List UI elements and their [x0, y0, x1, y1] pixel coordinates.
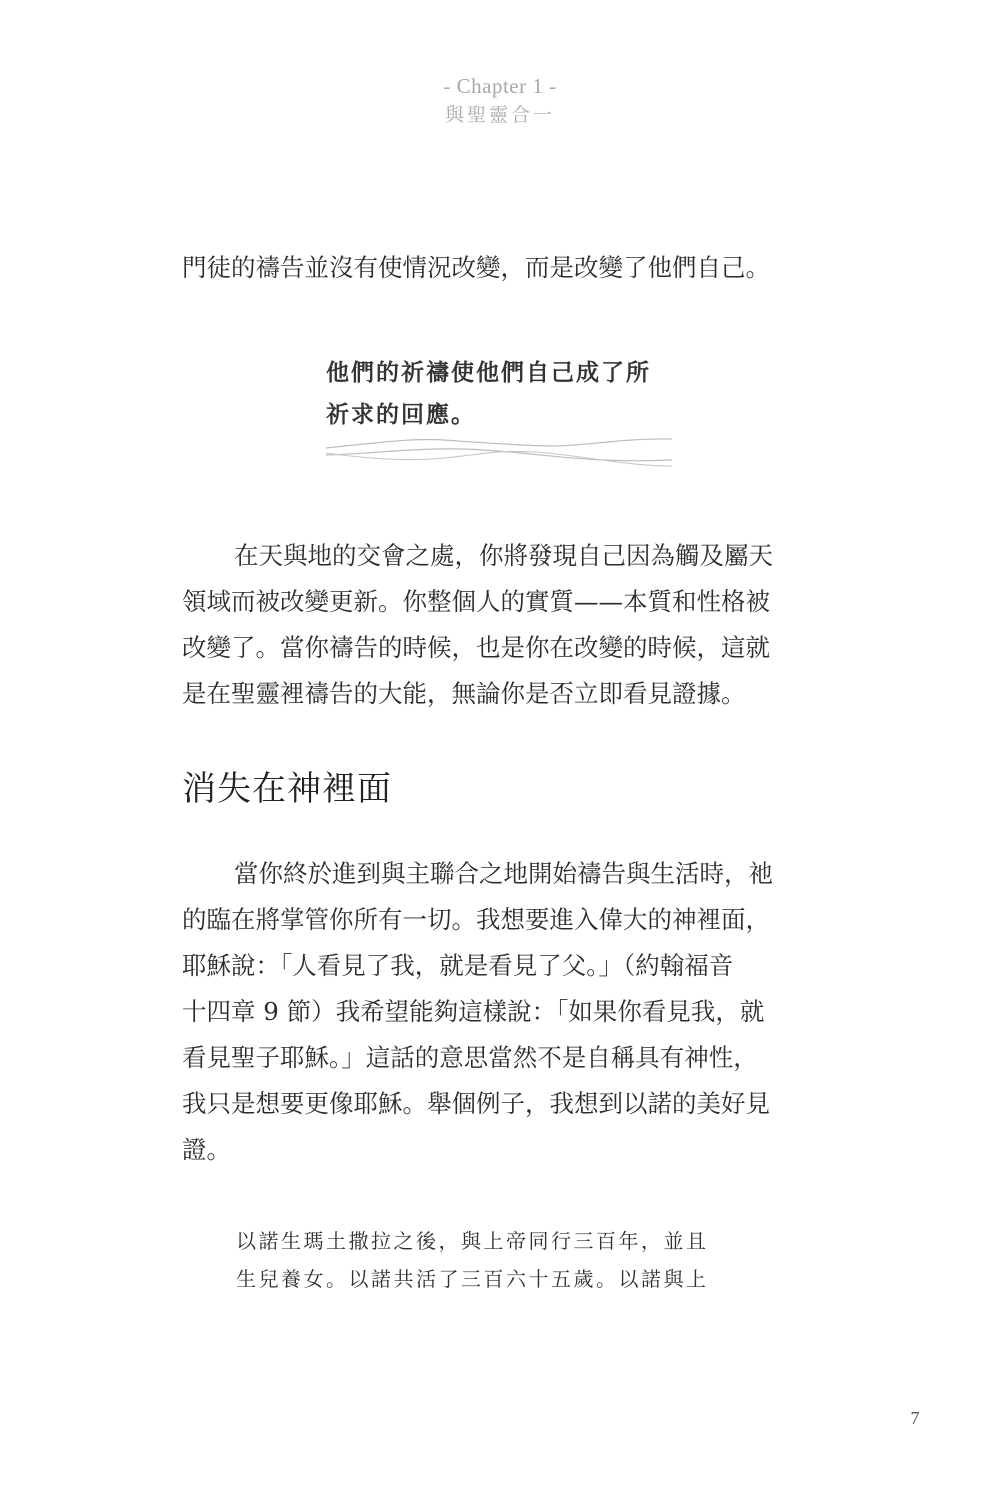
wavy-lines-divider-icon	[324, 436, 674, 472]
pullquote: 他們的祈禱使他們自己成了所 祈求的回應。	[326, 352, 676, 436]
paragraph-line: 十四章 9 節）我希望能夠這樣說：「如果你看見我，就	[182, 989, 822, 1035]
pullquote-line: 他們的祈禱使他們自己成了所	[326, 352, 676, 394]
lead-sentence-text: 門徒的禱告並沒有使情況改變，而是改變了他們自己。	[182, 245, 822, 291]
scripture-quote: 以諾生瑪土撒拉之後，與上帝同行三百年，並且 生兒養女。以諾共活了三百六十五歲。以…	[236, 1222, 776, 1298]
paragraph-line: 看見聖子耶穌。」這話的意思當然不是自稱具有神性，	[182, 1035, 822, 1081]
section-heading: 消失在神裡面	[182, 764, 392, 814]
paragraph-line: 證。	[182, 1127, 822, 1173]
paragraph: 當你終於進到與主聯合之地開始禱告與生活時，祂 的臨在將掌管你所有一切。我想要進入…	[182, 851, 822, 1173]
paragraph-line: 的臨在將掌管你所有一切。我想要進入偉大的神裡面，	[182, 897, 822, 943]
paragraph-line: 在天與地的交會之處，你將發現自己因為觸及屬天	[182, 533, 822, 579]
scripture-line: 生兒養女。以諾共活了三百六十五歲。以諾與上	[236, 1260, 776, 1298]
paragraph-line: 耶穌說：「人看見了我，就是看見了父。」（約翰福音	[182, 943, 822, 989]
lead-sentence: 門徒的禱告並沒有使情況改變，而是改變了他們自己。	[182, 245, 822, 291]
page-number: 7	[900, 1408, 930, 1429]
paragraph-line: 當你終於進到與主聯合之地開始禱告與生活時，祂	[182, 851, 822, 897]
paragraph: 在天與地的交會之處，你將發現自己因為觸及屬天 領域而被改變更新。你整個人的實質—…	[182, 533, 822, 717]
paragraph-line: 領域而被改變更新。你整個人的實質——本質和性格被	[182, 579, 822, 625]
paragraph-line: 改變了。當你禱告的時候，也是你在改變的時候，這就	[182, 625, 822, 671]
scripture-line: 以諾生瑪土撒拉之後，與上帝同行三百年，並且	[236, 1222, 776, 1260]
pullquote-line: 祈求的回應。	[326, 394, 676, 436]
chapter-label: - Chapter 1 -	[0, 72, 1000, 100]
paragraph-line: 是在聖靈裡禱告的大能，無論你是否立即看見證據。	[182, 671, 822, 717]
book-page: - Chapter 1 - 與聖靈合一 門徒的禱告並沒有使情況改變，而是改變了他…	[0, 0, 1000, 1503]
paragraph-line: 我只是想要更像耶穌。舉個例子，我想到以諾的美好見	[182, 1081, 822, 1127]
chapter-title: 與聖靈合一	[0, 100, 1000, 130]
running-header: - Chapter 1 - 與聖靈合一	[0, 72, 1000, 130]
